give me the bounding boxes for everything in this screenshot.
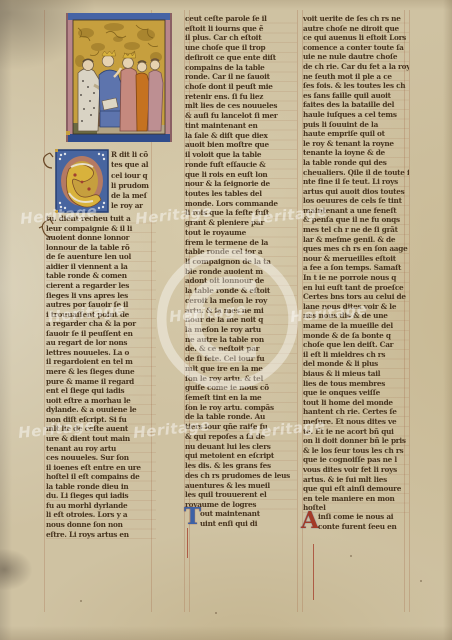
text-line: artu. & ia mes ne mi xyxy=(185,306,297,316)
text-line: les dis. & les grans fes xyxy=(185,461,297,471)
text-line: nte fine il ſe teut. Li roys xyxy=(303,177,409,187)
text-line: pure & mame il regard xyxy=(46,377,156,387)
text-line: non diſt eſcript. Si fu xyxy=(46,415,156,425)
text-line: il plus. Car ch eſtoit xyxy=(185,33,297,43)
parchment-speck xyxy=(80,600,82,602)
text-line: puis li ſouuint de la xyxy=(303,120,409,130)
text-line: i trouuaſſent point de xyxy=(46,310,156,320)
text-line: ure & dient tout main xyxy=(46,434,156,444)
text-line: ceut ceſte parole ſe il xyxy=(185,14,297,24)
text-line: ent el ſiege qui iadis xyxy=(46,386,156,396)
text-line: ronde fuſt eſſaucie & xyxy=(185,160,297,170)
text-line: ques mes ch rs en ſon aage xyxy=(303,244,409,254)
text-line: R dit li cõ xyxy=(111,150,156,160)
text-line: & qui repoſes a ſa de xyxy=(185,432,297,442)
text-line: leur compaignie & il li xyxy=(46,224,156,234)
text-line: ſes fois. & les toutes les ch xyxy=(303,81,409,91)
text-line: du. Li ſieges qui iadis xyxy=(46,491,156,501)
text-line: grant & pleniere par xyxy=(185,218,297,228)
text-line: a regarder cha & la por xyxy=(46,319,156,329)
text-line: & auſi fu lancelot ſi mer xyxy=(185,111,297,121)
text-line: fu au morhl dyrlande xyxy=(46,501,156,511)
text-line: ne ſeuth mot il ple a ce xyxy=(303,72,409,82)
text-line: que li rois en euſt lon xyxy=(185,170,297,180)
miniature-illustration-kings-at-round-table xyxy=(66,13,172,142)
text-line: que qui eſt ainſi demoure xyxy=(303,484,409,494)
text-line: compains de la table xyxy=(185,63,297,73)
text-line: nour de la me noit q xyxy=(185,315,297,325)
text-line: ronde. Car il ne ſauoit xyxy=(185,72,297,82)
text-line: nous donne ſon non xyxy=(46,520,156,530)
text-column-middle: ceut ceſte parole ſe ileſtoit li iourns … xyxy=(185,14,297,510)
text-line: faites des la bataille del xyxy=(303,100,409,110)
text-line: Certes bns tors au celui de xyxy=(303,292,409,302)
text-line: nu deuant lui les clers xyxy=(185,442,297,452)
text-line: adont oit lonnour de xyxy=(185,276,297,286)
text-line: qui metoient en eſcript xyxy=(185,451,297,461)
text-line: biaus & li mieus tail xyxy=(303,369,409,379)
text-line: lane nous dites voir & le xyxy=(303,302,409,312)
text-line: tint maintenant en xyxy=(185,121,297,131)
text-line: lonnour de la table rõ xyxy=(46,243,156,253)
text-column-right: voit uerite de ſes ch rs neautre choſe n… xyxy=(303,14,409,513)
illuminated-initial-O xyxy=(55,149,109,213)
text-line: comence a conter toute ſa xyxy=(303,43,409,53)
text-line: retenir ens. ſi fu liez xyxy=(185,92,297,102)
text-line: tout le royaume xyxy=(185,228,297,238)
text-line: que ie cognoiſſe pas ne l xyxy=(303,455,409,465)
text-line: table ronde & comen xyxy=(46,271,156,281)
text-line: vous dites voir fet li roys xyxy=(303,465,409,475)
text-line: de ſe auenture len uol xyxy=(46,252,156,262)
text-line: la meſon le roy artu xyxy=(185,325,297,335)
text-line: que ie onques veiſſe xyxy=(303,388,409,398)
text-line: lies de tous membres xyxy=(303,379,409,389)
text-line: guiſe come ie nous cõ xyxy=(185,383,297,393)
text-line: a fee a ſon temps. Samaſt xyxy=(303,263,409,273)
text-line: tenante la ioyne & de xyxy=(303,148,409,158)
text-line: table ronde cel ior a xyxy=(185,247,297,257)
text-line: de ch rie. Car du fet a la roy xyxy=(303,62,409,72)
paragraph-middle: out maintenantuint enſi qui di xyxy=(185,509,312,528)
text-line: monde & de ſa bonte q xyxy=(303,331,409,341)
text-line: ces nouueles. Sur ſon xyxy=(46,453,156,463)
text-line: au regart de lor nons xyxy=(46,338,156,348)
text-line: de. & ce neſtoit par xyxy=(185,344,297,354)
text-line: tes que al xyxy=(111,160,156,170)
text-line: hoſtel il eſt compains de xyxy=(46,472,156,482)
text-line: mlt lie de ceſte auent xyxy=(46,424,156,434)
text-line: ble ronde auoient m xyxy=(185,267,297,277)
text-line: li prudom xyxy=(111,181,156,191)
text-line: il regardoient en tel m xyxy=(46,357,156,367)
text-line: ſemeſt tint en la me xyxy=(185,393,297,403)
text-line: la table ronde & eſtoit xyxy=(185,286,297,296)
text-line: deſiroit ce que ente diſt xyxy=(185,53,297,63)
text-line: on li doit donner bñ le pris xyxy=(303,436,409,446)
text-line: lar & meſme genil. & de xyxy=(303,235,409,245)
text-line: il voloit que la table xyxy=(185,150,297,160)
text-line: auoient donne lonnor xyxy=(46,233,156,243)
text-line: uint enſi qui di xyxy=(200,519,312,529)
text-line: tiers iour qñe raiſe fu xyxy=(185,422,297,432)
text-line: artus qui auoit dios toutes xyxy=(303,187,409,197)
text-line: les quil trouuerent el xyxy=(185,490,297,500)
ruling-line xyxy=(44,10,45,612)
text-line: aidier il viennent a la xyxy=(46,262,156,272)
text-line: hantent ch rie. Certes ſe xyxy=(303,407,409,417)
parchment-speck xyxy=(215,612,217,614)
text-line: le roy & tenant la royne xyxy=(303,139,409,149)
text-line: out maintenant xyxy=(200,509,312,519)
text-line: la table ronde dieu in xyxy=(46,482,156,492)
text-line: en lui euſt tant de proeſce xyxy=(303,283,409,293)
text-line: tenant au roy artu xyxy=(46,444,156,454)
text-line: haute empriſe quil ot xyxy=(303,129,409,139)
text-line: los oeuures de cels ſe tint xyxy=(303,196,409,206)
text-line: de la meſ xyxy=(111,191,156,201)
text-line: la table ronde qui des xyxy=(303,158,409,168)
text-line: mame de la mueille del xyxy=(303,321,409,331)
text-line: maintenant a une feneſt xyxy=(303,206,409,216)
margin-flourish xyxy=(40,152,54,172)
text-line: & penſa que il ne fu onqs xyxy=(303,215,409,225)
text-line: choſe que len deiſt. Car xyxy=(303,340,409,350)
text-line: es ſans faille quil auoit xyxy=(303,91,409,101)
text-line: voit uerite de ſes ch rs ne xyxy=(303,14,409,24)
text-line: en tele maniere en mon xyxy=(303,494,409,504)
text-line: conte furent ſeeu en xyxy=(318,522,424,532)
text-line: li eſt otroies. Lors y a xyxy=(46,510,156,520)
text-line: nes nous dis & de une xyxy=(303,311,409,321)
text-line: mere & les ſieges dune xyxy=(46,367,156,377)
text-line: ſieges li vns apres les xyxy=(46,291,156,301)
text-line: eſtre. Li roys artus en xyxy=(46,530,156,540)
text-line: mlt que ire en la me xyxy=(185,364,297,374)
text-line: ce qui auenus li eſtoit Lors xyxy=(303,33,409,43)
text-line: ne autre la table ron xyxy=(185,335,297,345)
text-line: li compaignon de la ta xyxy=(185,257,297,267)
text-line: uoit eſtre a morhau le xyxy=(46,396,156,406)
text-line: artus. & ie ſui mlt lies xyxy=(303,475,409,485)
text-line: auentures & les mueil xyxy=(185,481,297,491)
initial-flourish xyxy=(187,528,188,558)
text-line: de ſi fete. Cel iour fu xyxy=(185,354,297,364)
text-line: ſon le roy artu. compãs xyxy=(185,403,297,413)
text-line: une choſe que il trop xyxy=(185,43,297,53)
text-line: le roy ar xyxy=(111,201,156,211)
text-line: cel iour q xyxy=(111,171,156,181)
text-line: dylande. & a ouuiene le xyxy=(46,405,156,415)
text-line: cheualiers. Qile il de toute ſo xyxy=(303,168,409,178)
text-line: eſtoit li iourns que ẽ xyxy=(185,24,297,34)
text-line: del monde & li plus xyxy=(303,359,409,369)
text-line: meſure. Et nous dites ve xyxy=(303,417,409,427)
text-line: mes tel ch r ne de ſi grãt xyxy=(303,225,409,235)
text-line: mlt lies de ces nouueles xyxy=(185,101,297,111)
text-line: & le los ſeur tous les ch rs xyxy=(303,446,409,456)
manuscript-page: R dit li cõtes que alcel iour qli prudom… xyxy=(0,0,452,640)
text-line: nour & merueilles eſtoit xyxy=(303,254,409,264)
text-line: frem le termene de la xyxy=(185,238,297,248)
text-line: toutes les tables del xyxy=(185,189,297,199)
text-line: haule iuſques a cel tems xyxy=(303,110,409,120)
text-line: inſi come ie nous ai xyxy=(318,512,424,522)
parchment-speck xyxy=(350,555,352,557)
text-line: autres por ſauoir ſe il xyxy=(46,300,156,310)
parchment-speck xyxy=(420,580,422,582)
text-column-left: tu. dient recheu tuit aleur compaignie &… xyxy=(46,214,156,539)
text-column-left-beside-initial: R dit li cõtes que alcel iour qli prudom… xyxy=(111,150,156,212)
paragraph-right: inſi come ie nous aiconte furent ſeeu en xyxy=(303,512,424,531)
text-line: lettres nouueles. La o xyxy=(46,348,156,358)
text-line: il eſt li mieldres ch rs xyxy=(303,350,409,360)
text-line: des ch rs prudomes de leus xyxy=(185,471,297,481)
initial-flourish xyxy=(313,544,314,600)
text-line: tout li home del monde xyxy=(303,398,409,408)
text-line: li rois que la feſte fuſt xyxy=(185,208,297,218)
text-line: monde. Lors commande xyxy=(185,199,297,209)
text-line: ſon le roy artu. & tel xyxy=(185,374,297,384)
text-line: nour & la ſeignorie de xyxy=(185,179,297,189)
text-line: autre choſe ne diroit que xyxy=(303,24,409,34)
text-line: choſe dont il peuſt mie xyxy=(185,82,297,92)
text-line: ceroit la meſon le roy xyxy=(185,296,297,306)
text-line: la ſale & diſt que diex xyxy=(185,131,297,141)
text-line: auoit bien moſtre que xyxy=(185,140,297,150)
text-line: il ioenes eſt entre en ure xyxy=(46,463,156,473)
text-line: tu. dient recheu tuit a xyxy=(46,214,156,224)
text-line: te. Et ie ne acort bñ qui xyxy=(303,427,409,437)
text-line: cierent a regarder les xyxy=(46,281,156,291)
text-line: ſauoir ſe il peuſſent en xyxy=(46,329,156,339)
text-line: In t ie ne porroie nous q xyxy=(303,273,409,283)
text-line: uie ne nule dautre choſe xyxy=(303,52,409,62)
text-line: de la table ronde. Au xyxy=(185,412,297,422)
